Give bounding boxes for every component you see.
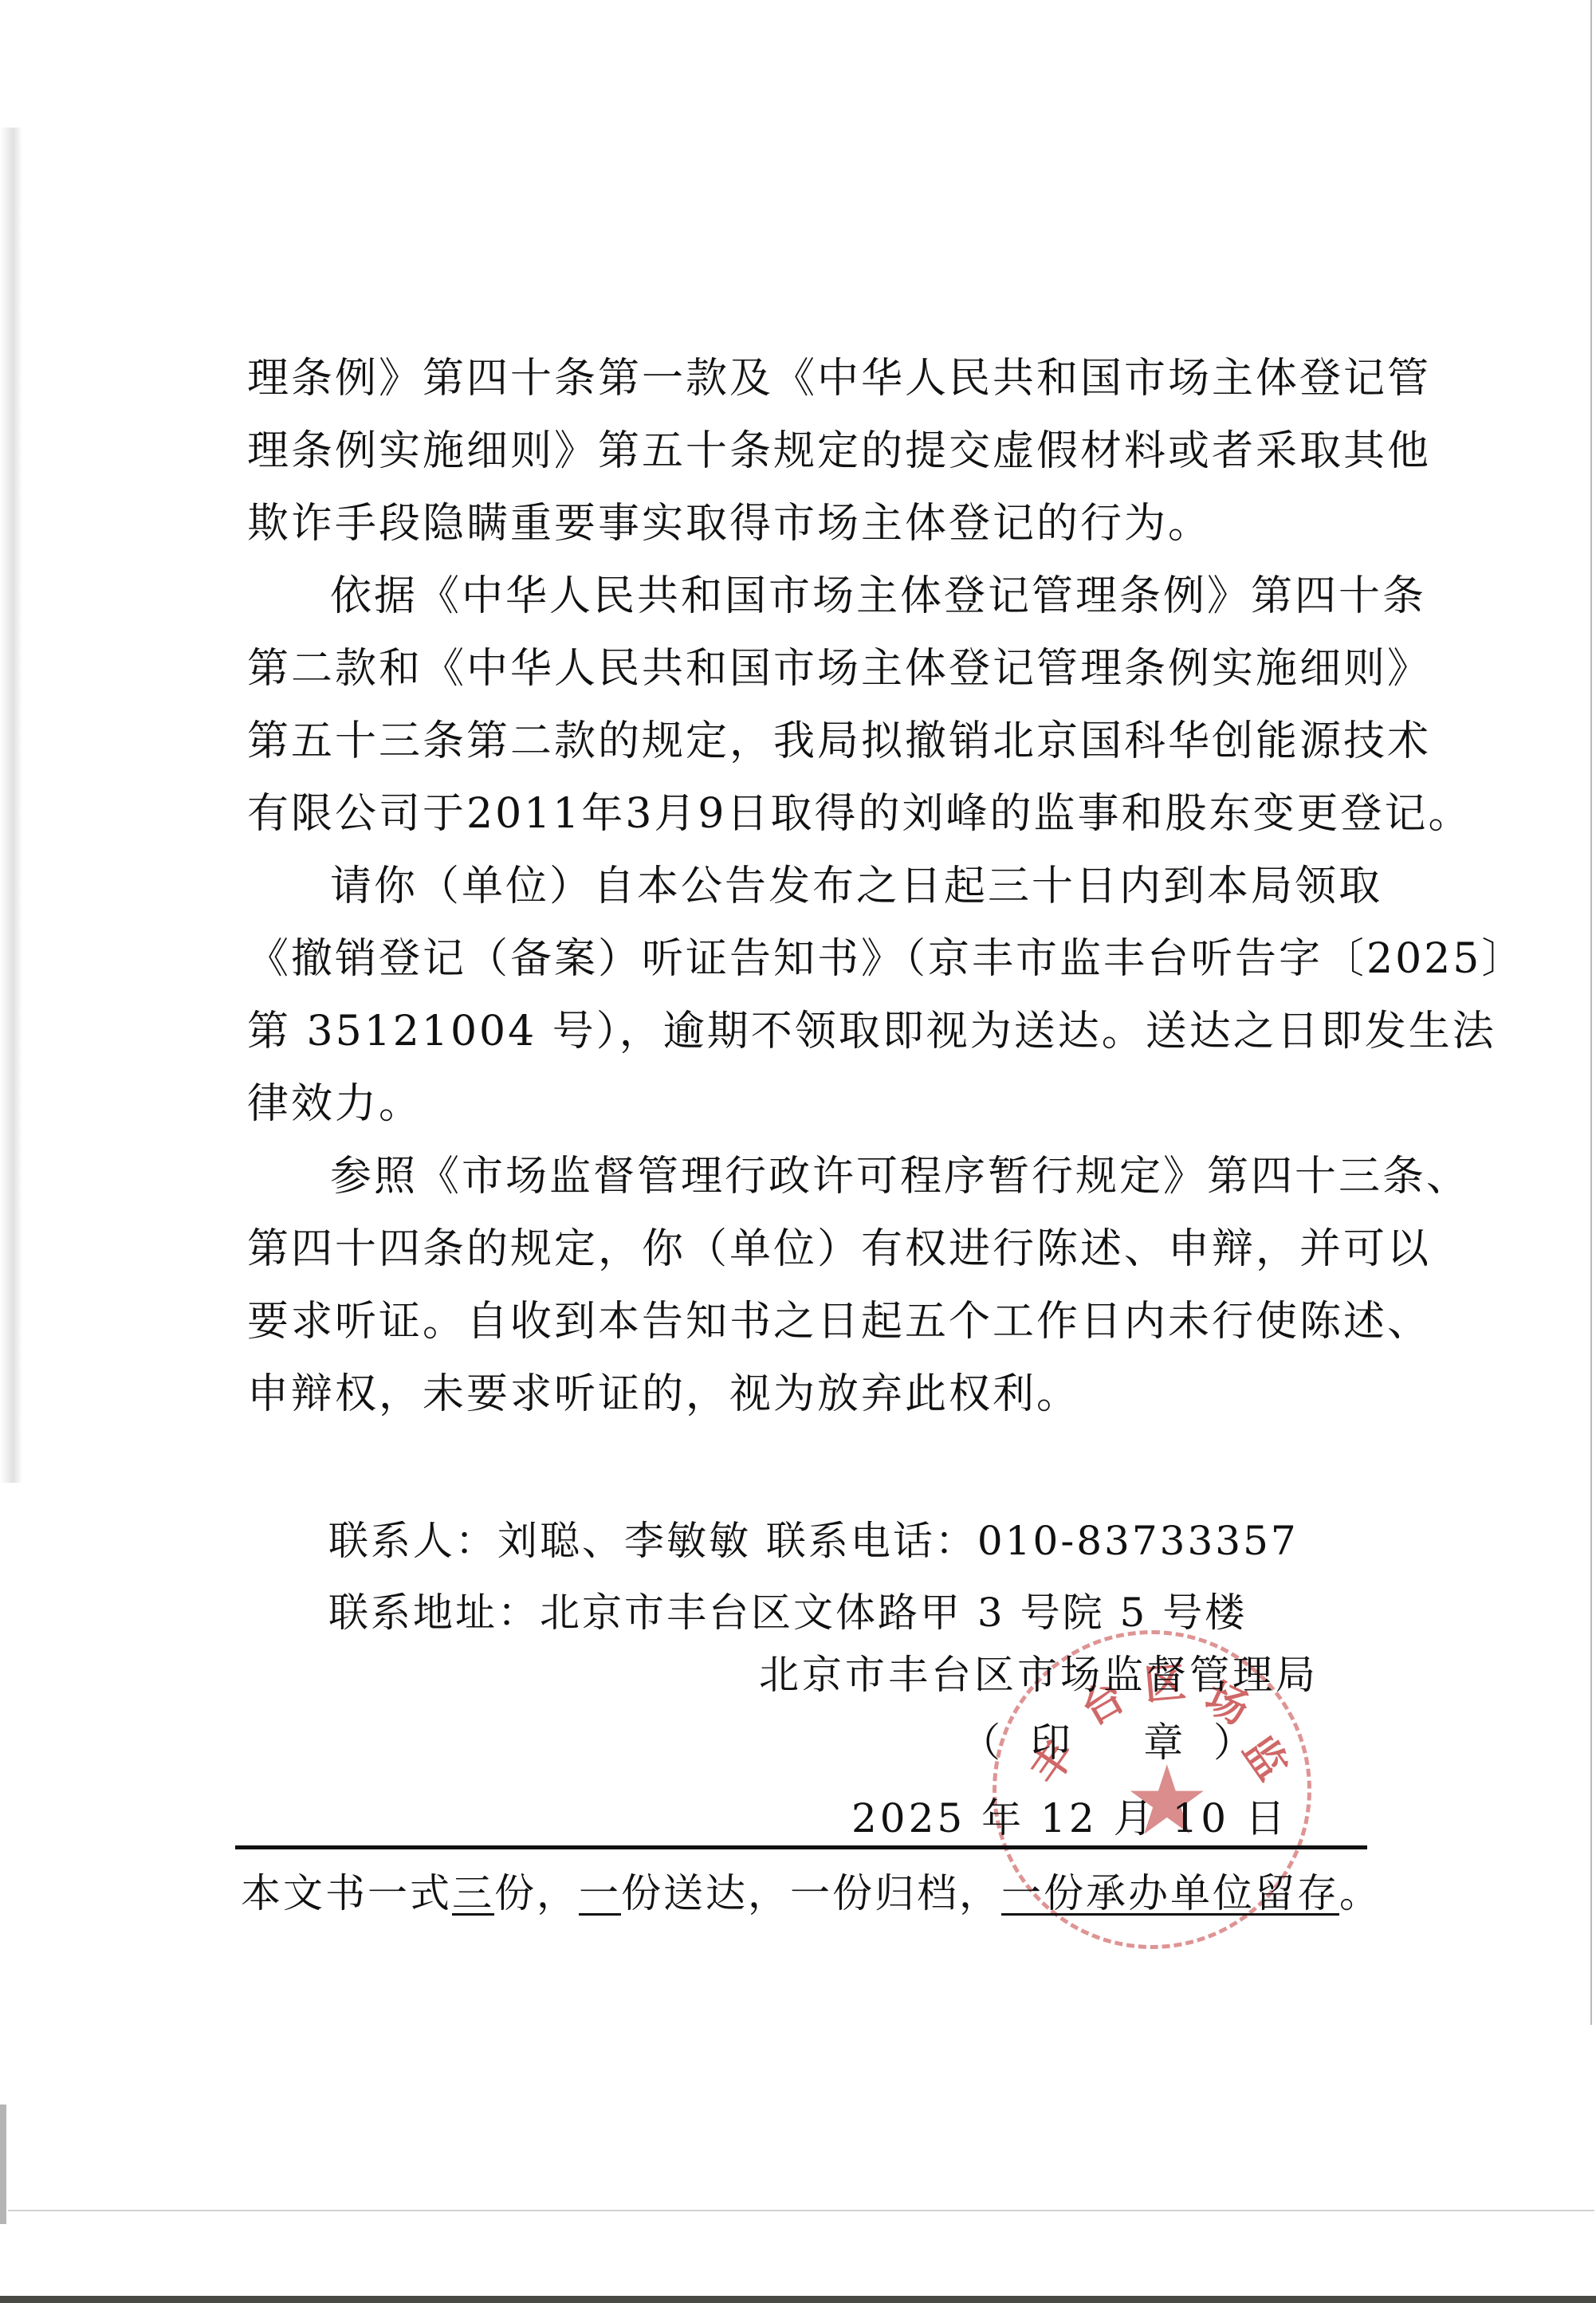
retained-copy: 一份承办单位留存 (1001, 1870, 1339, 1916)
body-line: 有限公司于2011年3月9日取得的刘峰的监事和股东变更登记。 (247, 778, 1395, 851)
seal-label: （ 印 章 ） (961, 1715, 1255, 1770)
body-line: 参照《市场监督管理行政许可程序暂行规定》第四十三条、 (247, 1141, 1395, 1213)
contact-person-label: 联系人： (328, 1518, 497, 1564)
copies-note: 本文书一式三份，一份送达，一份归档，一份承办单位留存。 (241, 1865, 1382, 1921)
paper-edge-right (1590, 0, 1592, 2025)
issuing-organization: 北京市丰台区市场监督管理局 (759, 1647, 1319, 1703)
copies-part1: 份， (494, 1870, 579, 1916)
copies-prefix: 本文书一式 (241, 1870, 452, 1916)
body-line: 第四十四条的规定，你（单位）有权进行陈述、申辩，并可以 (247, 1213, 1395, 1286)
divider-rule (235, 1845, 1367, 1849)
body-line: 请你（单位）自本公告发布之日起三十日内到本局领取 (247, 851, 1395, 923)
paper-edge-bottom (8, 2210, 1594, 2211)
body-line: 欺诈手段隐瞒重要事实取得市场主体登记的行为。 (247, 488, 1395, 560)
body-line: 第五十三条第二款的规定，我局拟撤销北京国科华创能源技术 (247, 705, 1395, 778)
document-body: 理条例》第四十条第一款及《中华人民共和国市场主体登记管 理条例实施细则》第五十条… (247, 343, 1395, 1431)
body-line: 律效力。 (247, 1068, 1395, 1141)
contact-phone-label: 联系电话： (766, 1518, 977, 1564)
scan-background-band (0, 2296, 1596, 2303)
scan-shadow-left (0, 128, 22, 1483)
body-line: 理条例实施细则》第五十条规定的提交虚假材料或者采取其他 (247, 415, 1395, 488)
body-line: 要求听证。自收到本告知书之日起五个工作日内未行使陈述、 (247, 1286, 1395, 1358)
body-line: 《撤销登记（备案）听证告知书》（京丰市监丰台听告字〔2025〕 (247, 923, 1395, 996)
scan-shadow-left-bottom (0, 2105, 6, 2224)
issue-date: 2025 年 12 月 10 日 (851, 1790, 1288, 1846)
contact-address-line: 联系地址：北京市丰台区文体路甲 3 号院 5 号楼 (328, 1577, 1299, 1649)
contact-address: 北京市丰台区文体路甲 3 号院 5 号楼 (540, 1590, 1247, 1636)
contact-address-label: 联系地址： (328, 1590, 540, 1636)
body-line: 申辩权，未要求听证的，视为放弃此权利。 (247, 1358, 1395, 1431)
copies-part2: 份送达，一份归档， (621, 1870, 1001, 1916)
copies-count: 三 (452, 1870, 494, 1916)
body-line: 第二款和《中华人民共和国市场主体登记管理条例实施细则》 (247, 633, 1395, 705)
contact-block: 联系人：刘聪、李敏敏 联系电话：010-83733357 联系地址：北京市丰台区… (328, 1505, 1299, 1649)
body-line: 理条例》第四十条第一款及《中华人民共和国市场主体登记管 (247, 343, 1395, 415)
contact-persons: 刘聪、李敏敏 (497, 1518, 751, 1564)
copies-end: 。 (1339, 1870, 1382, 1916)
body-line: 第 35121004 号），逾期不领取即视为送达。送达之日即发生法 (247, 996, 1395, 1068)
contact-person-line: 联系人：刘聪、李敏敏 联系电话：010-83733357 (328, 1505, 1299, 1577)
body-line: 依据《中华人民共和国市场主体登记管理条例》第四十条 (247, 560, 1395, 633)
contact-phone: 010-83733357 (977, 1518, 1299, 1564)
served-count: 一 (579, 1870, 621, 1916)
